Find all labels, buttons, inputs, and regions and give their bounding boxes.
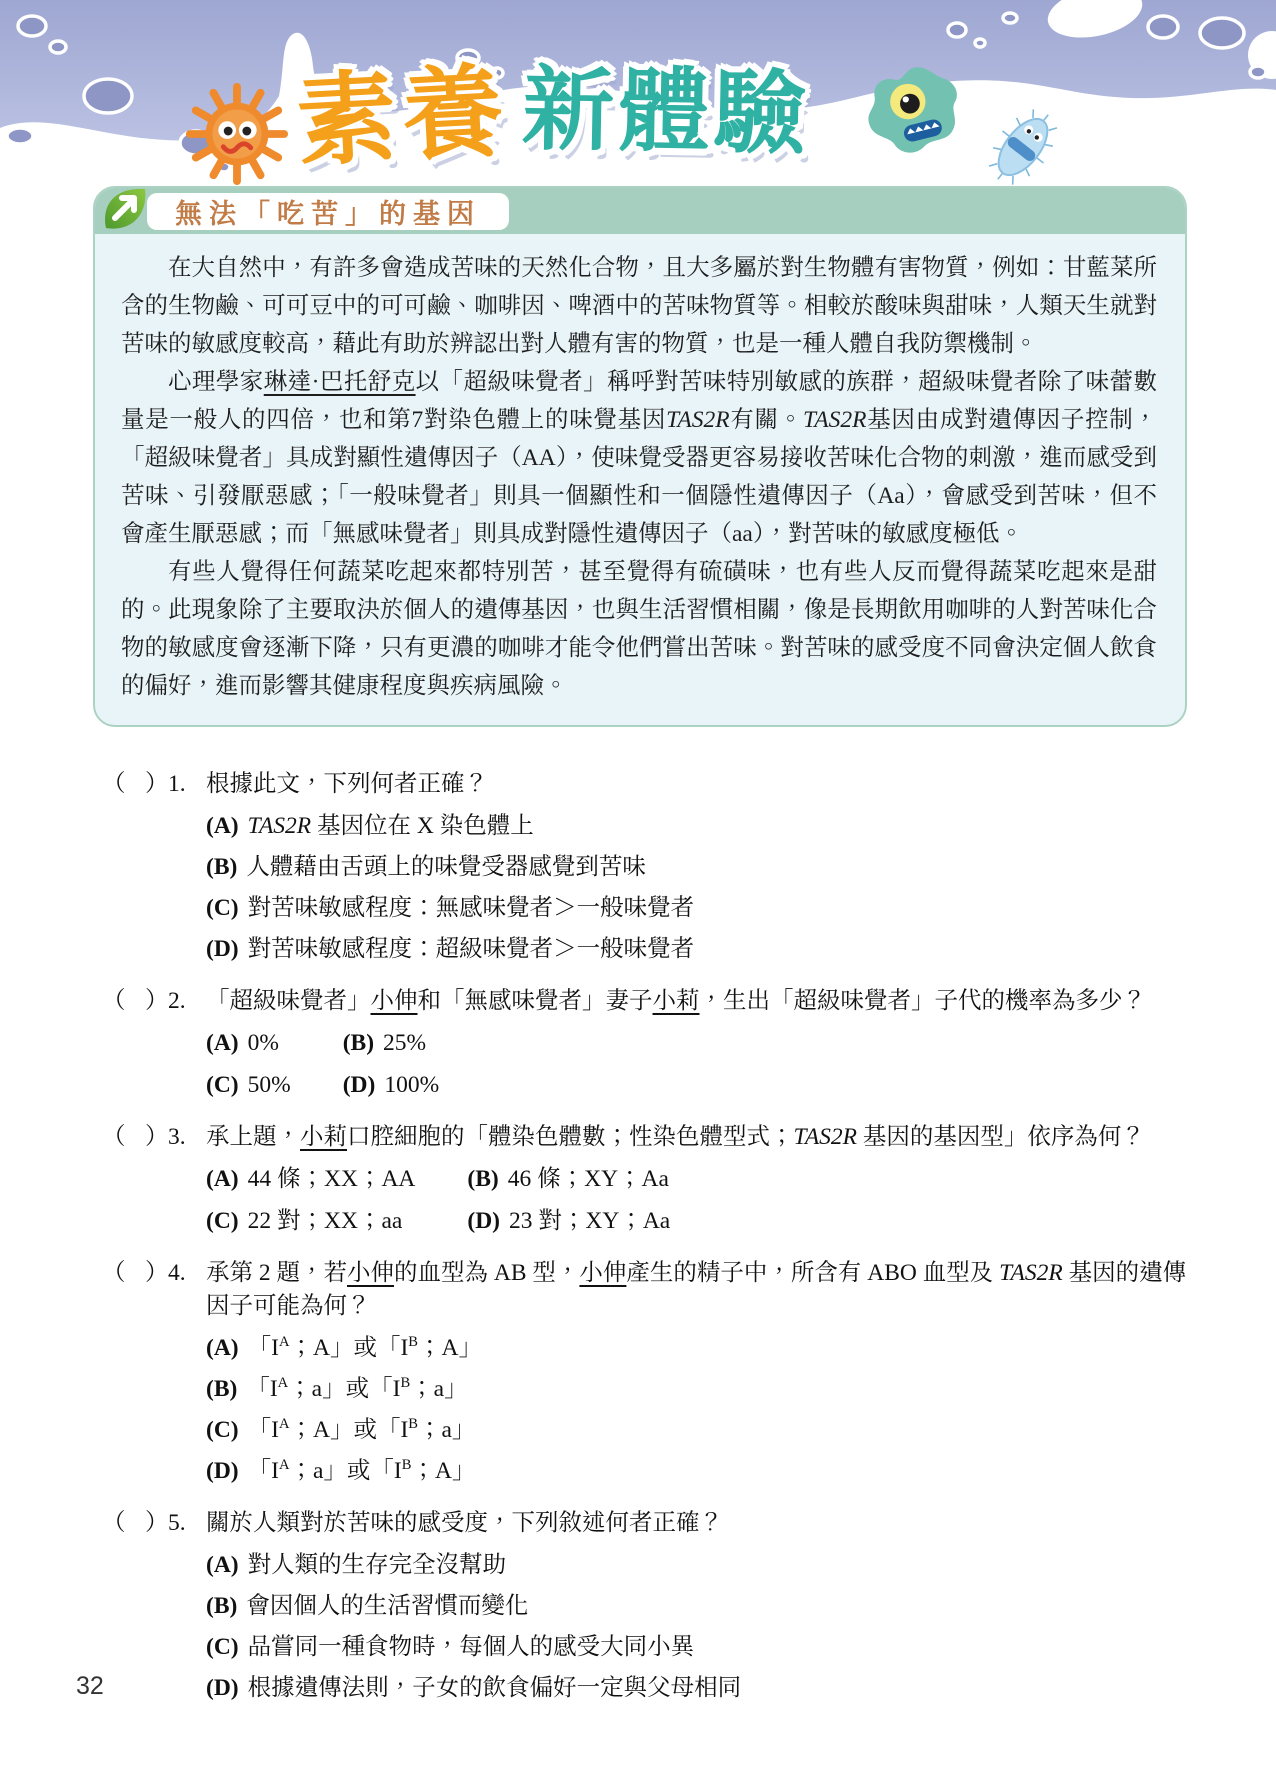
question-body: 承上題，小莉口腔細胞的「體染色體數；性染色體型式；TAS2R 基因的基因型」依序… xyxy=(206,1121,1188,1238)
option-text: 22 對；XX；aa xyxy=(248,1205,403,1238)
option-text: 人體藉由舌頭上的味覺受器感覺到苦味 xyxy=(246,851,646,884)
option-label: (A) xyxy=(206,810,239,843)
option-label: (A) xyxy=(206,1027,239,1060)
option-text: 根據遺傳法則，子女的飲食偏好一定與父母相同 xyxy=(248,1672,742,1705)
page-number: 32 xyxy=(76,1672,104,1701)
option-A: (A)TAS2R 基因位在 X 染色體上 xyxy=(206,810,1188,843)
option-label: (C) xyxy=(206,1205,239,1238)
option-text: 「IA；A」或「IB；A」 xyxy=(248,1332,482,1365)
question-number: 4. xyxy=(168,1257,206,1488)
question-list: （ ） 1. 根據此文，下列何者正確？ (A)TAS2R 基因位在 X 染色體上… xyxy=(102,768,1188,1724)
option-list: (A)對人類的生存完全沒幫助(B)會因個人的生活習慣而變化(C)品嘗同一種食物時… xyxy=(206,1549,1188,1705)
option-label: (D) xyxy=(206,933,239,966)
banner-title-secondary: 新體驗 xyxy=(521,35,811,172)
option-C: (C)對苦味敏感程度：無感味覺者＞一般味覺者 xyxy=(206,892,1188,925)
question-body: 根據此文，下列何者正確？ (A)TAS2R 基因位在 X 染色體上(B)人體藉由… xyxy=(206,768,1188,966)
option-C: (C)「IA；A」或「IB；a」 xyxy=(206,1414,1188,1447)
option-text: 0% xyxy=(248,1027,279,1060)
option-C: (C)品嘗同一種食物時，每個人的感受大同小異 xyxy=(206,1631,1188,1664)
option-B: (B)25% xyxy=(343,1027,439,1060)
option-label: (C) xyxy=(206,892,239,925)
question: （ ） 5. 關於人類對於苦味的感受度，下列敘述何者正確？ (A)對人類的生存完… xyxy=(102,1507,1188,1705)
question-number: 5. xyxy=(168,1507,206,1705)
option-label: (D) xyxy=(467,1205,500,1238)
option-text: 「IA；A」或「IB；a」 xyxy=(248,1414,476,1447)
option-text: 對人類的生存完全沒幫助 xyxy=(248,1549,507,1582)
teal-germ-icon xyxy=(860,62,964,166)
banner-title-primary: 素養 xyxy=(292,31,511,186)
option-D: (D)對苦味敏感程度：超級味覺者＞一般味覺者 xyxy=(206,933,1188,966)
option-A: (A)0% xyxy=(206,1027,291,1060)
option-C: (C)22 對；XX；aa xyxy=(206,1205,415,1238)
article-body: 在大自然中，有許多會造成苦味的天然化合物，且大多屬於對生物體有害物質，例如：甘藍… xyxy=(95,234,1185,725)
bacterium-icon xyxy=(985,102,1061,192)
option-text: 對苦味敏感程度：超級味覺者＞一般味覺者 xyxy=(248,933,695,966)
option-label: (D) xyxy=(206,1672,239,1705)
option-text: 會因個人的生活習慣而變化 xyxy=(246,1590,528,1623)
option-text: 品嘗同一種食物時，每個人的感受大同小異 xyxy=(248,1631,695,1664)
option-B: (B)46 條；XY；Aa xyxy=(467,1163,670,1196)
orange-germ-icon xyxy=(183,80,291,188)
option-label: (A) xyxy=(206,1549,239,1582)
option-label: (C) xyxy=(206,1414,239,1447)
option-text: 100% xyxy=(384,1069,439,1102)
option-text: 「IA；a」或「IB；a」 xyxy=(246,1373,467,1406)
option-label: (C) xyxy=(206,1069,239,1102)
answer-bracket: （ ） xyxy=(102,1121,168,1238)
option-label: (C) xyxy=(206,1631,239,1664)
option-label: (D) xyxy=(343,1069,376,1102)
answer-bracket: （ ） xyxy=(102,768,168,966)
option-list: (A)0%(B)25%(C)50%(D)100% xyxy=(206,1027,1188,1102)
question-stem: 「超級味覺者」小伸和「無感味覺者」妻子小莉，生出「超級味覺者」子代的機率為多少？ xyxy=(206,985,1188,1018)
banner: 素養新體驗 xyxy=(0,0,1276,178)
option-A: (A)「IA；A」或「IB；A」 xyxy=(206,1332,1188,1365)
option-text: 23 對；XY；Aa xyxy=(509,1205,670,1238)
article-box: 無法「吃苦」的基因 在大自然中，有許多會造成苦味的天然化合物，且大多屬於對生物體… xyxy=(93,186,1187,727)
article-paragraph-3: 有些人覺得任何蔬菜吃起來都特別苦，甚至覺得有硫磺味，也有些人反而覺得蔬菜吃起來是… xyxy=(121,553,1157,705)
question: （ ） 3. 承上題，小莉口腔細胞的「體染色體數；性染色體型式；TAS2R 基因… xyxy=(102,1121,1188,1238)
option-B: (B)「IA；a」或「IB；a」 xyxy=(206,1373,1188,1406)
option-label: (B) xyxy=(206,1373,237,1406)
question-body: 承第 2 題，若小伸的血型為 AB 型，小伸產生的精子中，所含有 ABO 血型及… xyxy=(206,1257,1188,1488)
question: （ ） 2. 「超級味覺者」小伸和「無感味覺者」妻子小莉，生出「超級味覺者」子代… xyxy=(102,985,1188,1102)
leaf-arrow-icon xyxy=(99,182,151,234)
question: （ ） 1. 根據此文，下列何者正確？ (A)TAS2R 基因位在 X 染色體上… xyxy=(102,768,1188,966)
option-text: 46 條；XY；Aa xyxy=(508,1163,669,1196)
option-text: TAS2R 基因位在 X 染色體上 xyxy=(248,810,534,843)
question-stem: 根據此文，下列何者正確？ xyxy=(206,768,1188,801)
option-label: (A) xyxy=(206,1163,239,1196)
option-B: (B)會因個人的生活習慣而變化 xyxy=(206,1590,1188,1623)
option-A: (A)對人類的生存完全沒幫助 xyxy=(206,1549,1188,1582)
question: （ ） 4. 承第 2 題，若小伸的血型為 AB 型，小伸產生的精子中，所含有 … xyxy=(102,1257,1188,1488)
answer-bracket: （ ） xyxy=(102,1507,168,1705)
option-label: (D) xyxy=(206,1455,239,1488)
option-list: (A)TAS2R 基因位在 X 染色體上(B)人體藉由舌頭上的味覺受器感覺到苦味… xyxy=(206,810,1188,966)
option-text: 「IA；a」或「IB；A」 xyxy=(248,1455,476,1488)
question-number: 3. xyxy=(168,1121,206,1238)
answer-bracket: （ ） xyxy=(102,985,168,1102)
option-label: (B) xyxy=(467,1163,498,1196)
banner-title: 素養新體驗 xyxy=(296,36,810,180)
question-body: 「超級味覺者」小伸和「無感味覺者」妻子小莉，生出「超級味覺者」子代的機率為多少？… xyxy=(206,985,1188,1102)
option-text: 50% xyxy=(248,1069,291,1102)
option-A: (A)44 條；XX；AA xyxy=(206,1163,415,1196)
option-D: (D)23 對；XY；Aa xyxy=(467,1205,670,1238)
option-D: (D)100% xyxy=(343,1069,439,1102)
question-stem: 關於人類對於苦味的感受度，下列敘述何者正確？ xyxy=(206,1507,1188,1540)
question-stem: 承第 2 題，若小伸的血型為 AB 型，小伸產生的精子中，所含有 ABO 血型及… xyxy=(206,1257,1188,1323)
option-C: (C)50% xyxy=(206,1069,291,1102)
article-paragraph-1: 在大自然中，有許多會造成苦味的天然化合物，且大多屬於對生物體有害物質，例如：甘藍… xyxy=(121,249,1157,363)
question-number: 2. xyxy=(168,985,206,1102)
option-label: (A) xyxy=(206,1332,239,1365)
option-text: 對苦味敏感程度：無感味覺者＞一般味覺者 xyxy=(248,892,695,925)
article-title: 無法「吃苦」的基因 xyxy=(147,193,509,230)
question-body: 關於人類對於苦味的感受度，下列敘述何者正確？ (A)對人類的生存完全沒幫助(B)… xyxy=(206,1507,1188,1705)
option-list: (A)44 條；XX；AA(B)46 條；XY；Aa(C)22 對；XX；aa(… xyxy=(206,1163,1188,1238)
option-label: (B) xyxy=(343,1027,374,1060)
option-D: (D)「IA；a」或「IB；A」 xyxy=(206,1455,1188,1488)
option-label: (B) xyxy=(206,1590,237,1623)
question-number: 1. xyxy=(168,768,206,966)
question-stem: 承上題，小莉口腔細胞的「體染色體數；性染色體型式；TAS2R 基因的基因型」依序… xyxy=(206,1121,1188,1154)
option-label: (B) xyxy=(206,851,237,884)
option-B: (B)人體藉由舌頭上的味覺受器感覺到苦味 xyxy=(206,851,1188,884)
option-text: 25% xyxy=(383,1027,426,1060)
article-paragraph-2: 心理學家琳達·巴托舒克以「超級味覺者」稱呼對苦味特別敏感的族群，超級味覺者除了味… xyxy=(121,363,1157,553)
option-text: 44 條；XX；AA xyxy=(248,1163,416,1196)
answer-bracket: （ ） xyxy=(102,1257,168,1488)
option-D: (D)根據遺傳法則，子女的飲食偏好一定與父母相同 xyxy=(206,1672,1188,1705)
article-header-bar: 無法「吃苦」的基因 xyxy=(95,188,1185,234)
option-list: (A)「IA；A」或「IB；A」(B)「IA；a」或「IB；a」(C)「IA；A… xyxy=(206,1332,1188,1488)
